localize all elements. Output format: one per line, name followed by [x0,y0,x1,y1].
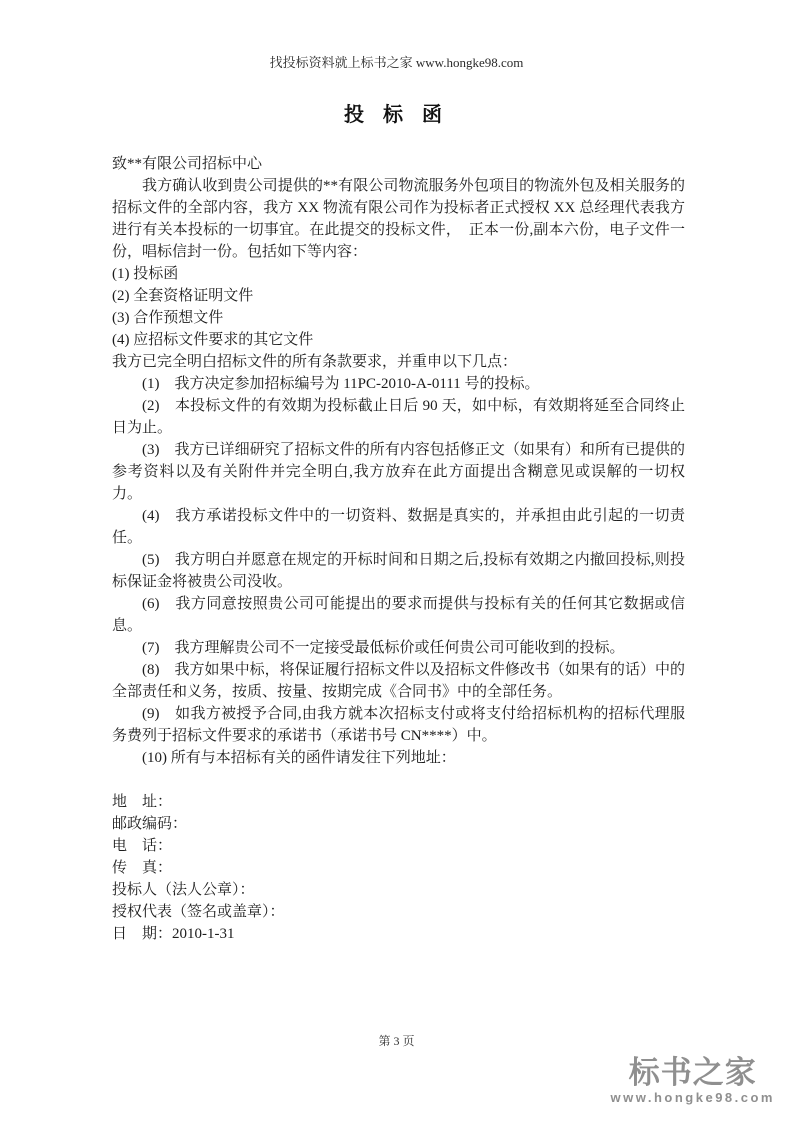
watermark-logo-text: 标书之家 [611,1056,776,1090]
document-title: 投 标 函 [0,98,793,127]
point-item-1: (1) 我方决定参加招标编号为 11PC-2010-A-0111 号的投标。 [112,373,685,395]
point-item-9: (9) 如我方被授予合同,由我方就本次招标支付或将支付给招标机构的招标代理服务费… [112,703,685,747]
document-page: 找投标资料就上标书之家 www.hongke98.com 投 标 函 致**有限… [0,0,793,1122]
point-item-3: (3) 我方已详细研究了招标文件的所有内容包括修正文（如果有）和所有已提供的参考… [112,439,685,505]
point-item-6: (6) 我方同意按照贵公司可能提出的要求而提供与投标有关的任何其它数据或信息。 [112,593,685,637]
point-item-4: (4) 我方承诺投标文件中的一切资料、数据是真实的，并承担由此引起的一切责任。 [112,505,685,549]
point-item-7: (7) 我方理解贵公司不一定接受最低标价或任何贵公司可能收到的投标。 [112,637,685,659]
point-item-8: (8) 我方如果中标，将保证履行招标文件以及招标文件修改书（如果有的话）中的全部… [112,659,685,703]
header-watermark-text: 找投标资料就上标书之家 www.hongke98.com [0,52,793,71]
contents-item-1: (1) 投标函 [112,263,685,285]
contact-line-postcode: 邮政编码： [112,813,685,835]
point-item-2: (2) 本投标文件的有效期为投标截止日后 90 天，如中标，有效期将延至合同终止… [112,395,685,439]
contents-item-3: (3) 合作预想文件 [112,307,685,329]
watermark-url: www.hongke98.com [611,1090,776,1106]
contents-item-4: (4) 应招标文件要求的其它文件 [112,329,685,351]
contact-line-bidder: 投标人（法人公章）： [112,879,685,901]
restatement-line: 我方已完全明白招标文件的所有条款要求，并重申以下几点： [112,351,685,373]
contact-block: 地 址： 邮政编码： 电 话： 传 真： 投标人（法人公章）： 授权代表（签名或… [112,791,685,945]
point-item-10: (10) 所有与本招标有关的函件请发往下列地址： [112,747,685,769]
contact-line-authorized: 授权代表（签名或盖章）： [112,901,685,923]
point-item-5: (5) 我方明白并愿意在规定的开标时间和日期之后,投标有效期之内撤回投标,则投标… [112,549,685,593]
contact-line-date: 日 期：2010-1-31 [112,923,685,945]
intro-paragraph: 我方确认收到贵公司提供的**有限公司物流服务外包项目的物流外包及相关服务的招标文… [112,175,685,263]
page-number: 第 3 页 [0,1032,793,1049]
contact-line-phone: 电 话： [112,835,685,857]
contact-line-address: 地 址： [112,791,685,813]
contents-item-2: (2) 全套资格证明文件 [112,285,685,307]
contact-line-fax: 传 真： [112,857,685,879]
salutation-line: 致**有限公司招标中心 [112,153,685,175]
document-body: 致**有限公司招标中心 我方确认收到贵公司提供的**有限公司物流服务外包项目的物… [112,153,685,945]
site-watermark: 标书之家 www.hongke98.com [611,1056,776,1106]
